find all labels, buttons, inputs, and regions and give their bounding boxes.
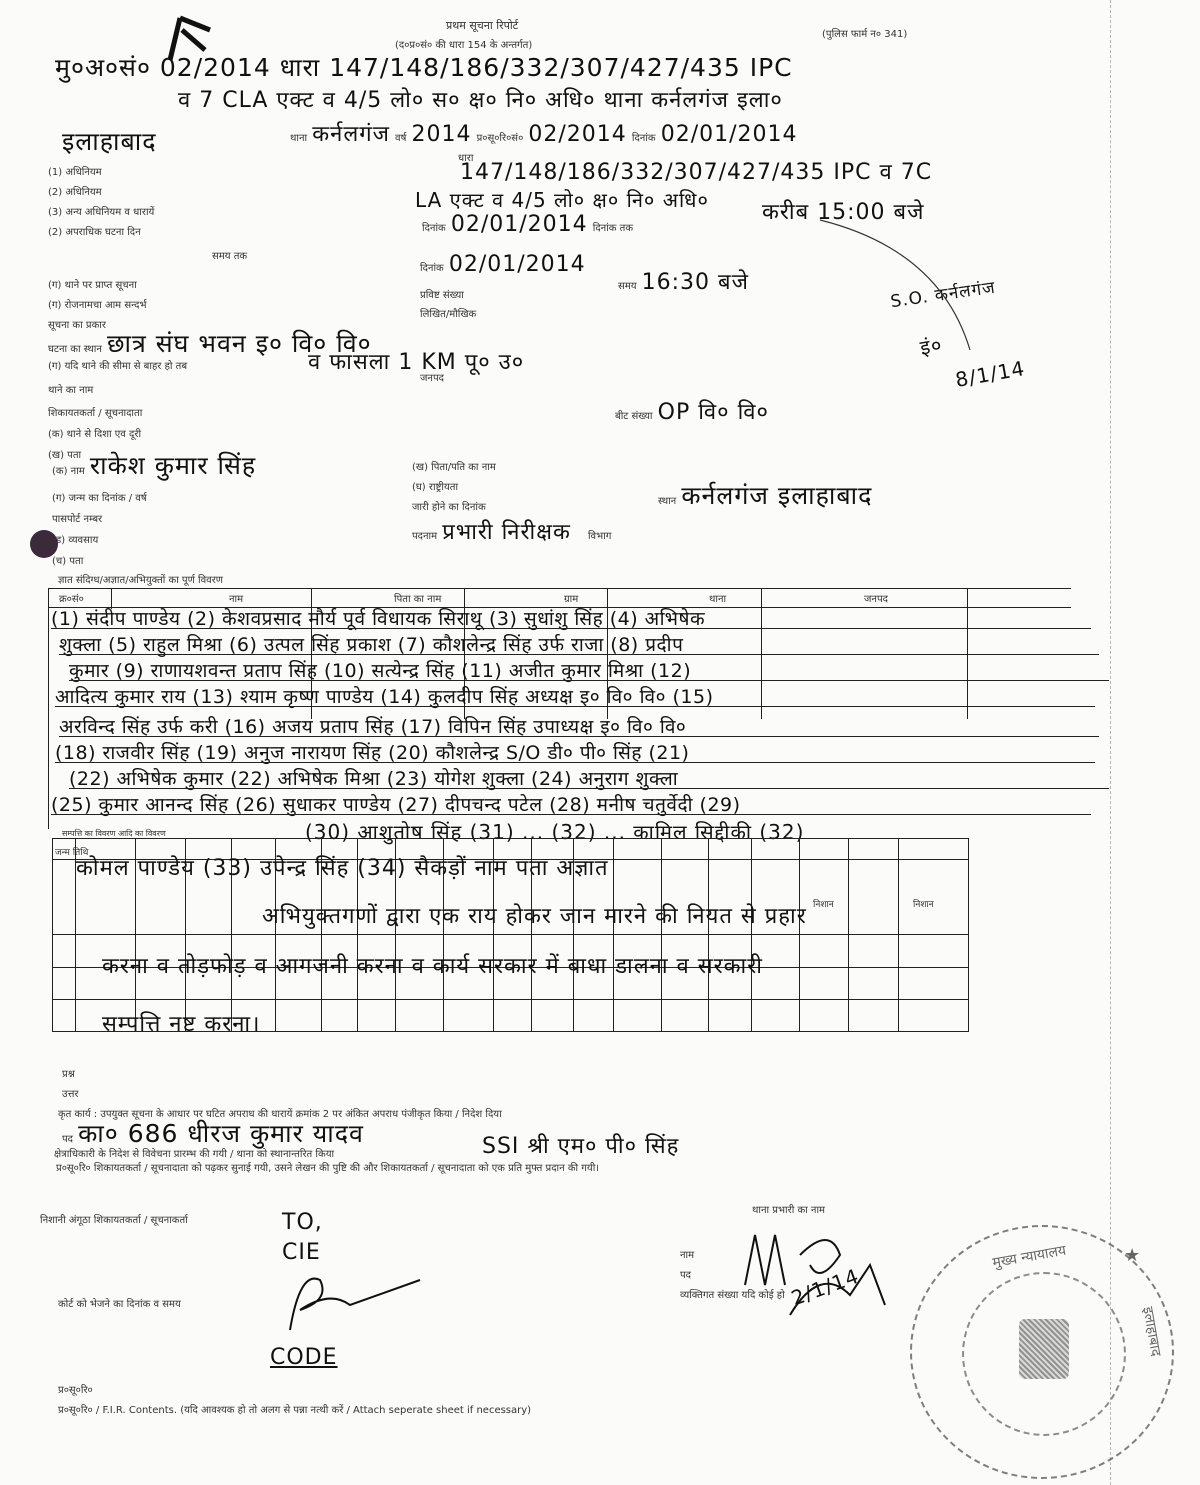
investigator-name: SSI श्री एम० पी० सिंह <box>482 1130 679 1160</box>
accused-row: (1) संदीप पाण्डेय (2) केशवप्रसाद मौर्य प… <box>51 605 1091 631</box>
sections-value-2: LA एक्ट व 4/5 लो० क्ष० नि० अधि० <box>415 186 709 213</box>
accused-row: (25) कुमार आनन्द सिंह (26) सुधाकर पाण्डे… <box>51 791 1091 817</box>
incident-date: 02/01/2014 <box>451 212 588 237</box>
accused-row: कुमार (9) राणायशवन्त प्रताप सिंह (10) सत… <box>69 657 1109 683</box>
received-time-row: समय 16:30 बजे <box>618 266 749 296</box>
punch-hole-icon <box>30 530 58 558</box>
case-continuation: व 7 CLA एक्ट व 4/5 लो० स० क्ष० नि० अधि० … <box>178 84 783 114</box>
district: इलाहाबाद <box>62 124 156 158</box>
court-code: CODE <box>270 1345 338 1370</box>
fir-date: 02/01/2014 <box>661 122 798 147</box>
accused-table: क्र०सं० नाम पिता का नाम ग्राम थाना जनपद … <box>48 588 1071 829</box>
officer-name: का० 686 धीरज कुमार यादव <box>78 1119 364 1148</box>
emblem-icon <box>1019 1319 1069 1379</box>
distance: व फासला 1 KM पू० उ० <box>308 346 524 376</box>
case-number: 02/2014 <box>160 53 271 82</box>
ps-name-label: थाने का नाम <box>48 382 93 396</box>
received-row: दिनांक 02/01/2014 <box>420 252 586 277</box>
entry-label: प्रविष्ट संख्या <box>420 287 464 301</box>
beat-value: OP वि० वि० <box>658 400 769 425</box>
signature-stroke-icon <box>820 210 1020 390</box>
year: 2014 <box>411 122 471 147</box>
fir-document: प्रथम सूचना रिपोर्ट (द०प्र०सं० की धारा 1… <box>0 0 1200 1485</box>
father-labels: (ख) पिता/पति का नाम (घ) राष्ट्रीयता जारी… <box>412 458 496 518</box>
officer-row: पद का० 686 धीरज कुमार यादव <box>62 1116 364 1150</box>
name-row: (क) नाम राकेश कुमार सिंह <box>52 448 256 482</box>
doc-title: प्रथम सूचना रिपोर्ट <box>446 18 518 33</box>
complainant-place: कर्नलगंज इलाहाबाद <box>681 481 872 510</box>
thumb-value: TO, CIE <box>282 1208 342 1268</box>
act-labels: (1) अधिनियम (2) अधिनियम (3) अन्य अधिनियम… <box>48 163 154 243</box>
accused-row-last: कोमल पाण्डेय (33) उपेन्द्र सिंह (34) सैक… <box>76 852 609 882</box>
ps-year-row: थाना कर्नलगंज वर्ष 2014 प्र०सू०रि०सं० 02… <box>290 118 798 148</box>
court-seal: मुख्य न्यायालय इलाहाबाद ★ <box>910 1225 1174 1479</box>
case-line: मु०अ०सं० 02/2014 धारा 147/148/186/332/30… <box>55 50 793 84</box>
case-label: मु०अ०सं० <box>55 53 151 82</box>
investigation-text: क्षेत्राधिकारी के निदेश से विवेचना प्रार… <box>54 1146 334 1160</box>
answer-label: उत्तर <box>62 1086 78 1100</box>
accused-row: शुक्ला (5) राहुल मिश्रा (6) उत्पल सिंह प… <box>59 631 1099 657</box>
sho-label: थाना प्रभारी का नाम <box>752 1202 825 1216</box>
fir-contents-label: प्र०सू०रि० / F.I.R. Contents. (यदि आवश्य… <box>58 1402 531 1416</box>
court-label: कोर्ट को भेजने का दिनांक व समय <box>58 1296 181 1310</box>
accused-row: (18) राजवीर सिंह (19) अनुज नारायण सिंह (… <box>55 739 1095 765</box>
time-to-label: समय तक <box>212 248 247 262</box>
case-sections: धारा 147/148/186/332/307/427/435 IPC <box>280 53 793 82</box>
received-date: 02/01/2014 <box>449 252 586 277</box>
star-icon: ★ <box>1124 1245 1140 1266</box>
read-over-text: प्र०सू०रि० शिकायतकर्ता / सूचनादाता को पढ… <box>56 1160 599 1174</box>
fir-number: 02/2014 <box>528 122 626 147</box>
complainant-post: प्रभारी निरीक्षक <box>442 520 571 545</box>
info-type-value: लिखित/मौखिक <box>420 306 476 320</box>
received-time: 16:30 बजे <box>642 270 749 295</box>
incident-date-row: दिनांक 02/01/2014 दिनांक तक <box>422 212 633 237</box>
district-label: जनपद <box>420 370 444 384</box>
accused-row: (22) अभिषेक कुमार (22) अभिषेक मिश्रा (23… <box>69 765 1109 791</box>
doc-subtitle: (द०प्र०सं० की धारा 154 के अन्तर्गत) <box>395 37 532 51</box>
fir-summary-line-3: सम्पत्ति नष्ट करना। <box>102 1008 260 1038</box>
beat-row: बीट संख्या OP वि० वि० <box>615 396 769 426</box>
post-row: पदनाम प्रभारी निरीक्षक विभाग <box>412 516 611 546</box>
thumb-label: निशानी अंगूठा शिकायतकर्ता / सूचनाकर्ता <box>40 1212 188 1226</box>
dob-labels: (ग) जन्म का दिनांक / वर्ष पासपोर्ट नम्बर… <box>52 488 147 572</box>
form-number: (पुलिस फार्म न० 341) <box>822 26 907 40</box>
police-station: कर्नलगंज <box>312 122 390 147</box>
sections-value: 147/148/186/332/307/427/435 IPC व 7C <box>460 156 932 186</box>
place2-row: स्थान कर्नलगंज इलाहाबाद <box>658 478 872 512</box>
accused-row: अरविन्द सिंह उर्फ करी (16) अजय प्रताप सि… <box>59 713 1099 739</box>
outside-label: (ग) यदि थाने की सीमा से बाहर हो तब <box>48 358 187 372</box>
court-signature-icon <box>270 1260 430 1340</box>
fir-no-label: प्र०सू०रि० <box>58 1382 93 1396</box>
accused-row: आदित्य कुमार राय (13) श्याम कृष्ण पाण्डे… <box>55 683 1095 709</box>
accused-title: ज्ञात संदिग्ध/अज्ञात/अभियुक्तों का पूर्ण… <box>58 572 223 586</box>
complainant-name: राकेश कुमार सिंह <box>90 451 256 480</box>
fir-summary-line-2: करना व तोड़फोड़ व आगजनी करना व कार्य सरक… <box>102 950 763 980</box>
fir-summary-line-1: अभियुक्तगणों द्वारा एक राय होकर जान मारन… <box>262 900 807 930</box>
question-label: प्रश्न <box>62 1066 75 1080</box>
